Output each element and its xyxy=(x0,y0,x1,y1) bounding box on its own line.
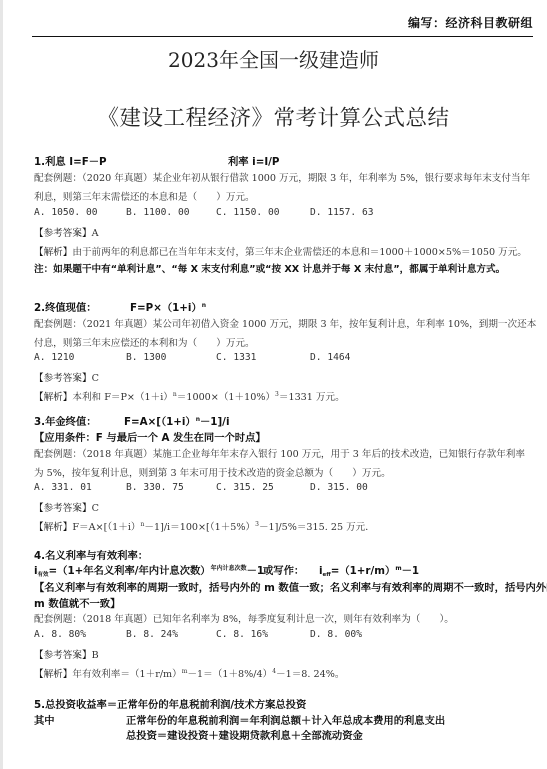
section-4-condition-line2: m 数值就不一致】 xyxy=(34,595,120,610)
section-4-answer: 【参考答案】B xyxy=(34,647,99,661)
section-1-option-a: A. 1050. 00 xyxy=(34,207,98,218)
section-4-formula-eff: ieff=（1+r/m）m－1 xyxy=(319,562,419,578)
section-3-analysis: 【解析】F＝A×[（1＋i）n－1]/i＝100×[（1＋5%）3－1]/5%＝… xyxy=(34,519,375,533)
section-4-or-label: 或写作： xyxy=(263,562,304,577)
section-2-option-d: D. 1464 xyxy=(310,352,350,363)
document-subtitle: 《建设工程经济》常考计算公式总结 xyxy=(0,101,547,132)
answer-label: 【参考答案】 xyxy=(34,228,92,239)
section-4-option-b: B. 8. 24% xyxy=(126,629,178,640)
section-2-option-a: A. 1210 xyxy=(34,352,74,363)
section-1-option-d: D. 1157. 63 xyxy=(310,207,374,218)
section-1-option-c: C. 1150. 00 xyxy=(216,207,280,218)
section-2-example-line2: 付息，则第三年末应偿还的本利和为（ ）万元。 xyxy=(34,335,255,349)
section-4-option-a: A. 8. 80% xyxy=(34,629,86,640)
section-2-heading: 2.终值现值： xyxy=(34,299,97,314)
header-author: 编写：经济科目教研组 xyxy=(408,14,533,31)
document-page: 编写：经济科目教研组 2023年全国一级建造师 《建设工程经济》常考计算公式总结… xyxy=(0,0,547,769)
section-5-heading: 5.总投资收益率＝正常年份的年息税前利润/技术方案总投资 xyxy=(34,696,306,711)
section-3-heading: 3.年金终值： xyxy=(34,413,97,428)
section-1-note: 注：如果题干中有“单利计息”、“每 X 末支付利息”或“按 XX 计息并于每 X… xyxy=(34,261,505,275)
section-5-where-label: 其中 xyxy=(34,712,55,727)
section-1-option-b: B. 1100. 00 xyxy=(126,207,190,218)
section-1-heading: 1.利息 I=F－P xyxy=(34,153,107,168)
header-divider xyxy=(32,36,533,37)
section-4-analysis: 【解析】年有效利率＝（1＋r/m）m－1＝（1＋8%/4）4－1＝8. 24%。 xyxy=(34,666,344,680)
section-3-answer: 【参考答案】C xyxy=(34,500,99,514)
section-4-option-c: C. 8. 16% xyxy=(216,629,268,640)
section-3-condition: 【应用条件：F 与最后一个 A 发生在同一个时点】 xyxy=(34,429,266,444)
section-4-heading: 4.名义利率与有效利率： xyxy=(34,547,148,562)
section-3-option-d: D. 315. 00 xyxy=(310,482,368,493)
section-5-line2: 总投资＝建设投资＋建设期贷款利息＋全部流动资金 xyxy=(126,727,363,742)
section-3-example-line1: 配套例题：（2018 年真题）某施工企业每年年末存入银行 100 万元，用于 3… xyxy=(34,446,525,460)
section-2-analysis: 【解析】本利和 F＝P×（1＋i）n＝1000×（1＋10%）3＝1331 万元… xyxy=(34,389,345,403)
section-1-analysis: 【解析】由于前两年的利息都已在当年年末支付，第三年末企业需偿还的本息和＝1000… xyxy=(34,244,527,258)
section-2-formula: F=P×（1+i）n xyxy=(130,299,206,314)
section-2-option-c: C. 1331 xyxy=(216,352,256,363)
section-5-line1: 正常年份的年息税前利润＝年利润总额＋计入年总成本费用的利息支出 xyxy=(126,712,445,727)
section-3-option-c: C. 315. 25 xyxy=(216,482,274,493)
section-4-example-line1: 配套例题：（2018 年真题）已知年名利率为 8%，每季度复利计息一次，则年有效… xyxy=(34,611,454,625)
answer-value: A xyxy=(92,228,99,239)
analysis-label: 【解析】 xyxy=(34,247,72,258)
section-4-option-d: D. 8. 00% xyxy=(310,629,362,640)
section-2-option-b: B. 1300 xyxy=(126,352,166,363)
document-title: 2023年全国一级建造师 xyxy=(0,44,547,73)
section-1-example-line1: 配套例题：（2020 年真题）某企业年初从银行借款 1000 万元，期限 3 年… xyxy=(34,170,530,184)
analysis-text: 由于前两年的利息都已在当年年末支付，第三年末企业需偿还的本息和＝1000＋100… xyxy=(72,247,527,258)
section-2-example-line1: 配套例题：（2021 年真题）某公司年初借入资金 1000 万元，期限 3 年，… xyxy=(34,316,536,330)
section-4-condition-line1: 【名义利率与有效利率的周期一致时，括号内外的 m 数值一致；名义利率与有效利率的… xyxy=(34,579,547,594)
section-1-example-line2: 利息，则第三年末需偿还的本息和是（ ）万元。 xyxy=(34,189,255,203)
section-1-formula: 利率 i=I/P xyxy=(228,153,279,168)
section-3-example-line2: 为 5%，按年复利计息，则到第 3 年末可用于技术改造的资金总额为（ ）万元。 xyxy=(34,465,391,479)
section-2-answer: 【参考答案】C xyxy=(34,370,99,384)
section-3-option-b: B. 330. 75 xyxy=(126,482,184,493)
section-3-formula: F=A×[（1+i）n－1]/i xyxy=(124,413,229,428)
section-1-answer: 【参考答案】A xyxy=(34,225,99,239)
section-4-formula-effective: i有效=（1+年名义利率/年内计息次数）年内计息次数－1 xyxy=(34,562,264,578)
section-3-option-a: A. 331. 01 xyxy=(34,482,92,493)
